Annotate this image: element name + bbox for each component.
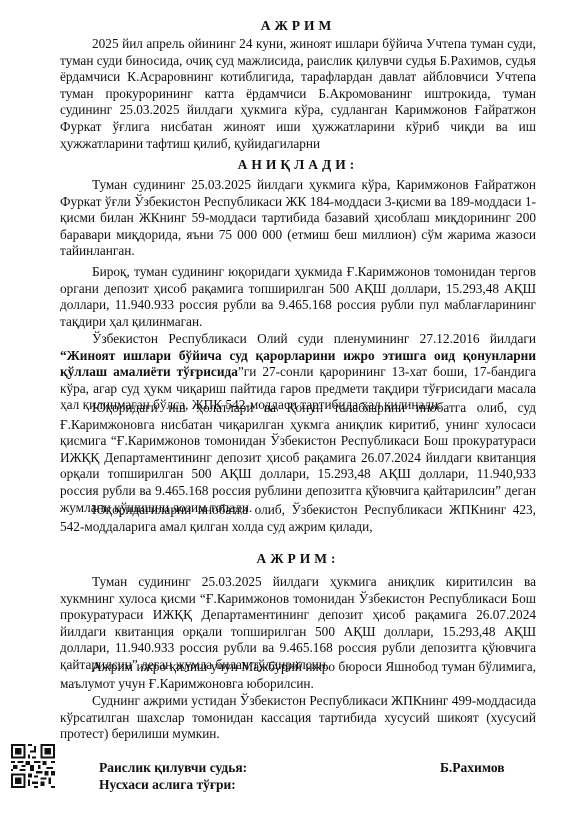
paragraph-4: Юқоридаги иш ҳолатлари ва Қонун талаблар…: [60, 400, 536, 516]
paragraph-7: Ажрим ижро қилиш учун Мажбурий ижро бюро…: [60, 659, 536, 692]
paragraph-1: Туман судининг 25.03.2025 йилдаги ҳукмиг…: [60, 177, 536, 260]
true-copy-label: Нусхаси аслига тўғри:: [99, 776, 236, 793]
title-aniqladi: АНИҚЛАДИ:: [60, 157, 536, 173]
presiding-judge-label: Раислик қилувчи судья:: [99, 759, 247, 776]
paragraph-2: Бироқ, туман судининг юқоридаги ҳукмида …: [60, 264, 536, 330]
paragraph-8: Суднинг ажрими устидан Ўзбекистон Респуб…: [60, 693, 536, 743]
title-ajrim: АЖРИМ: [60, 18, 536, 34]
qr-code-icon: [11, 744, 55, 788]
intro-paragraph: 2025 йил апрель ойининг 24 куни, жиноят …: [60, 36, 536, 152]
judge-name: Б.Рахимов: [440, 759, 505, 776]
paragraph-5: Юқоридагиларни инобатга олиб, Ўзбекистон…: [60, 502, 536, 535]
title-ajrim-2: АЖРИМ:: [60, 551, 536, 567]
